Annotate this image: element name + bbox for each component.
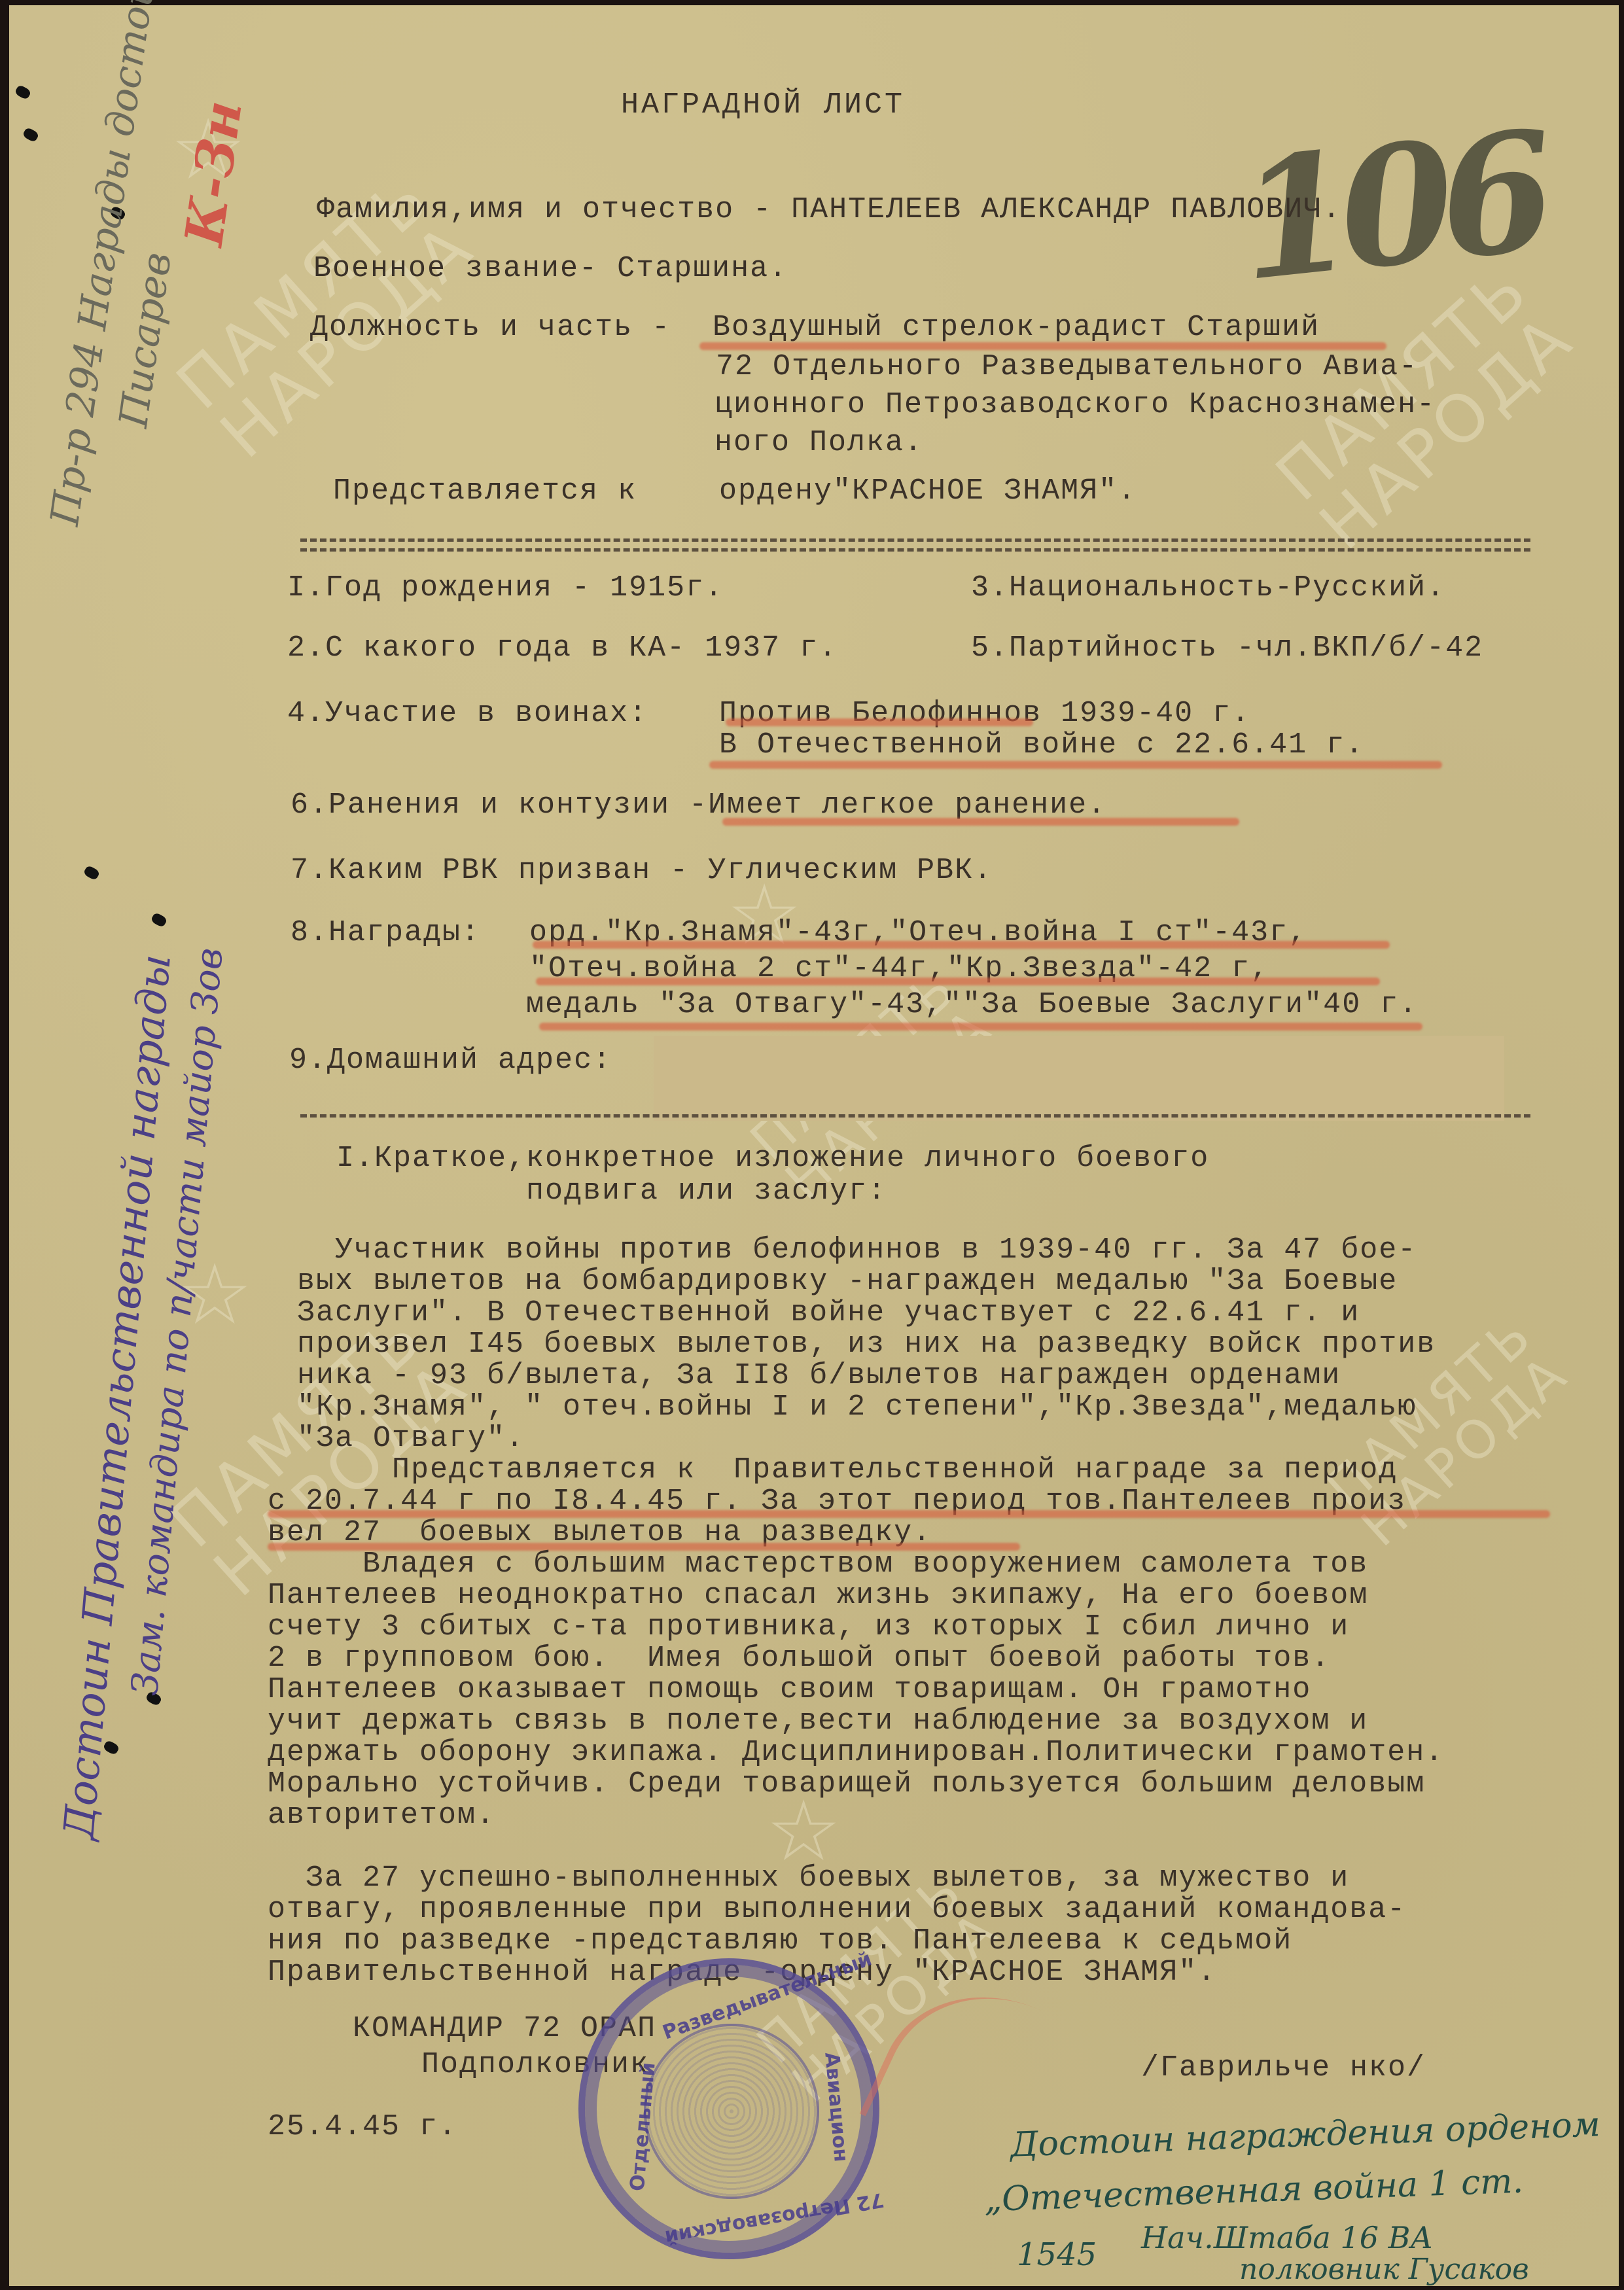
red-underline (722, 818, 1239, 826)
document-title: НАГРАДНОЙ ЛИСТ (621, 90, 905, 120)
body-line: авторитетом. (268, 1801, 495, 1830)
body-line: счету 3 сбитых с-та противника, из котор… (268, 1612, 1349, 1642)
position-line: ного Полка. (715, 428, 923, 457)
body-line: "Кр.Знамя", " отеч.войны I и 2 степени",… (297, 1392, 1417, 1422)
resolution-number: 1545 (1017, 2236, 1097, 2273)
rank-label: Военное звание- (313, 252, 598, 285)
rank-value: Старшина. (617, 252, 788, 285)
award-sheet: ☆ ПАМЯТЬ НАРОДА ПАМЯТЬ НАРОДА ☆ ПАМЯТЬ Н… (9, 5, 1619, 2286)
address-label: 9.Домашний адрес: (289, 1046, 612, 1075)
body-line: вых вылетов на бомбардировку -награжден … (297, 1267, 1398, 1296)
birth-year: I.Год рождения - 1915г. (287, 573, 724, 603)
resolution-line: „Отечественная война 1 ст. (983, 2162, 1524, 2220)
unit-seal: Разведывательный Отдельный Авиацион 72 П… (578, 1958, 879, 2259)
conclusion-line: отвагу, проявленные при выполнении боевы… (268, 1895, 1406, 1924)
separator-top (300, 548, 1530, 552)
body-line: 2 в групповом бою. Имея большой опыт бое… (268, 1644, 1330, 1673)
resolution-line: Достоин награждения орденом (1010, 2105, 1600, 2164)
separator-mid (300, 1114, 1530, 1118)
red-underline (533, 941, 1390, 949)
position-label: Должность и часть - (310, 313, 671, 342)
punch-hole (82, 865, 100, 881)
resolution-line: Нач.Штаба 16 ВА (1141, 2220, 1433, 2255)
red-underline (709, 761, 1442, 769)
body-line: "За Отвагу". (297, 1424, 525, 1453)
body-line: Морально устойчив. Среди товарищей польз… (268, 1769, 1425, 1799)
punch-hole (14, 84, 31, 101)
body-line: Пантелеев оказывает помощь своим товарищ… (268, 1675, 1311, 1704)
position-line: ционного Петрозаводского Краснознамен- (715, 390, 1436, 419)
award-line: медаль "За Отвагу"-43,""За Боевые Заслуг… (526, 990, 1418, 1019)
draft-office: 7.Каким РВК призван - Углическим РВК. (291, 856, 993, 885)
body-line: ника - 93 б/вылета, За II8 б/вылетов наг… (297, 1361, 1341, 1390)
red-underline (539, 1023, 1422, 1030)
address-redacted (654, 1036, 1504, 1121)
conclusion-line: ния по разведке -представляю тов. Пантел… (268, 1926, 1292, 1956)
wounds: 6.Ранения и контузии -Имеет легкое ранен… (291, 790, 1106, 820)
seal-text: Авиацион (820, 2051, 853, 2162)
nominated-award: ордену"КРАСНОЕ ЗНАМЯ". (719, 476, 1137, 506)
red-underline (536, 978, 1380, 985)
in-army-since: 2.С какого года в КА- 1937 г. (287, 633, 838, 663)
war-line: В Отечественной войне с 22.6.41 г. (719, 730, 1364, 760)
separator-top (300, 538, 1530, 542)
rank-field: Военное звание- Старшина. (313, 254, 788, 283)
body-line: держать оборону экипажа. Дисциплинирован… (268, 1738, 1444, 1767)
position-line: 72 Отдельного Разведывательного Авиа- (716, 352, 1418, 381)
resolution-line: полковник Гусаков (1239, 2253, 1529, 2286)
body-line: Участник войны против белофиннов в 1939-… (297, 1235, 1417, 1265)
body-line: Заслуги". В Отечественной войне участвуе… (297, 1298, 1360, 1328)
red-underline (699, 342, 1386, 350)
commander-name: /Гаврильче нко/ (1141, 2053, 1426, 2083)
section-heading: подвига или заслуг: (526, 1176, 887, 1206)
coat-of-arms-icon (644, 2024, 819, 2199)
document-date: 25.4.45 г. (268, 2112, 457, 2141)
section-heading: I.Краткое,конкретное изложение личного б… (336, 1144, 1209, 1173)
name-value: ПАНТЕЛЕЕВ АЛЕКСАНДР ПАВЛОВИЧ. (791, 193, 1341, 226)
conclusion-line: За 27 успешно-выполненных боевых вылетов… (268, 1863, 1349, 1893)
body-line: Представляется к Правительственной награ… (297, 1455, 1398, 1485)
awards-label: 8.Награды: (291, 918, 480, 947)
name-field: Фамилия,имя и отчество - ПАНТЕЛЕЕВ АЛЕКС… (317, 195, 1341, 224)
body-line: Пантелеев неоднократно спасал жизнь экип… (268, 1581, 1368, 1610)
party-membership: 5.Партийность -чл.ВКП/б/-42 (971, 633, 1483, 663)
body-line: учит держать связь в полете,вести наблюд… (268, 1706, 1368, 1736)
punch-hole (150, 912, 168, 928)
body-line: произвел I45 боевых вылетов, из них на р… (297, 1330, 1436, 1359)
red-underline (726, 718, 1033, 726)
punch-hole (22, 127, 39, 143)
nominated-label: Представляется к (333, 476, 637, 506)
nationality: 3.Национальность-Русский. (971, 573, 1445, 603)
position-line: Воздушный стрелок-радист Старший (713, 313, 1320, 342)
name-label: Фамилия,имя и отчество - (317, 193, 772, 226)
seal-text: 72 Петрозаводский (663, 2188, 886, 2249)
wars-label: 4.Участие в воинах: (287, 699, 648, 728)
body-line: Владея с большим мастерством вооружением… (268, 1549, 1368, 1579)
